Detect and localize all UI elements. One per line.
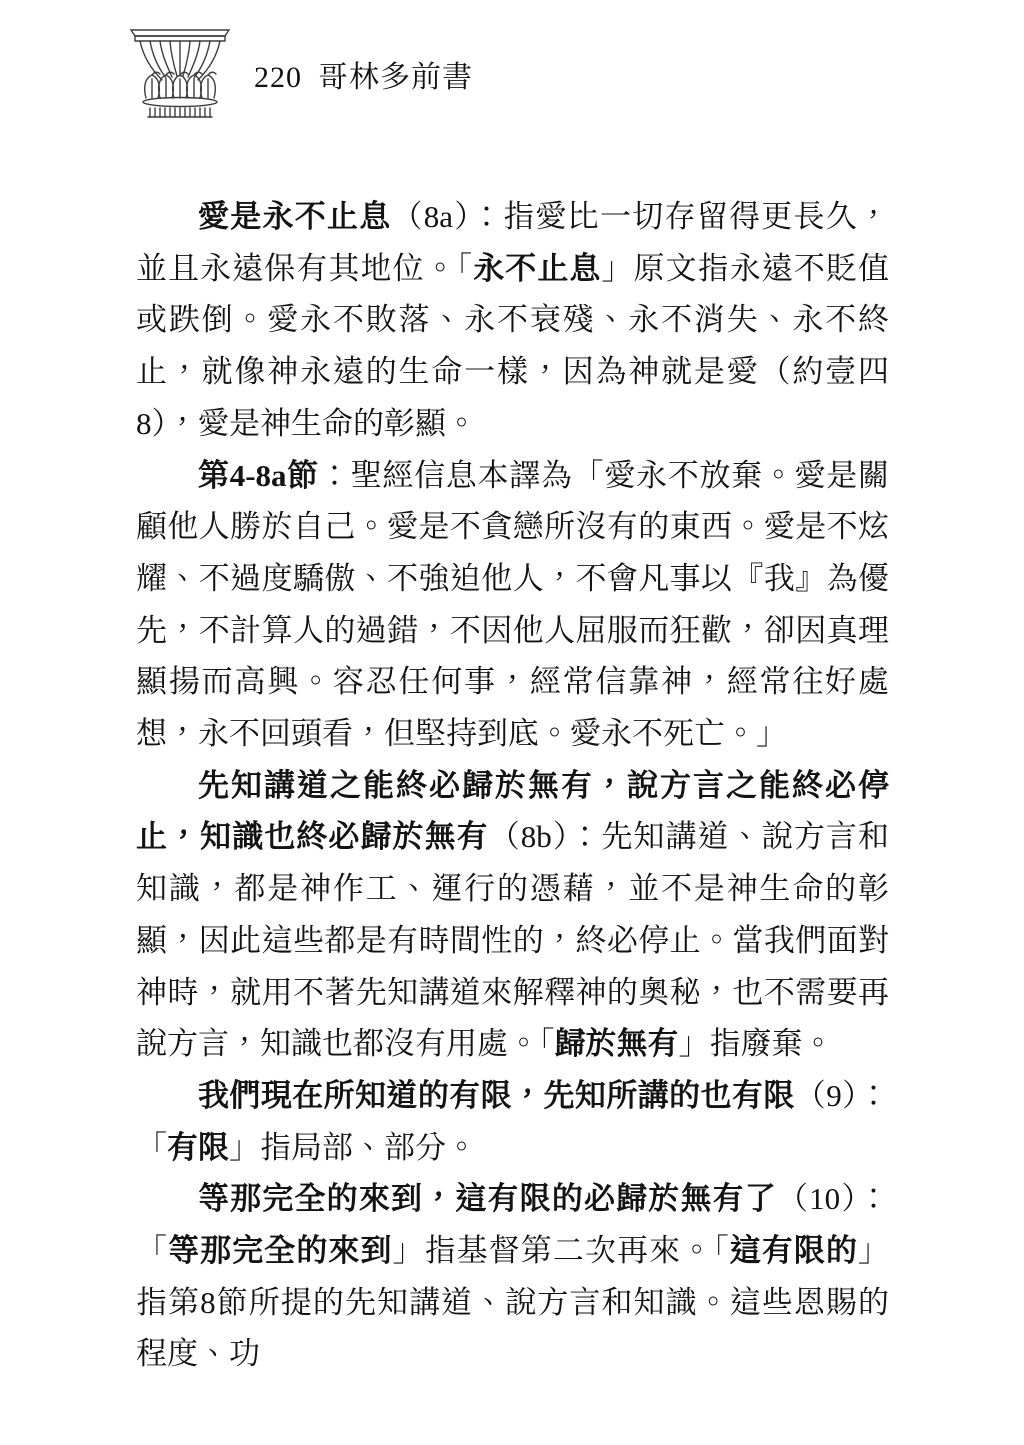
running-head: 220哥林多前書 — [254, 52, 473, 96]
corinthian-column-capital-icon — [128, 26, 232, 122]
bold-text-segment: 我們現在所知道的有限，先知所講的也有限 — [198, 1078, 795, 1113]
paragraph: 我們現在所知道的有限，先知所講的也有限（9）：「有限」指局部、部分。 — [136, 1070, 889, 1173]
text-segment: （8b）：先知講道、說方言和知識，都是神作工、運行的憑藉，並不是神生命的彰顯，因… — [136, 819, 889, 1061]
page-number: 220 — [254, 61, 302, 94]
paragraph: 第4-8a節：聖經信息本譯為「愛永不放棄。愛是關顧他人勝於自己。愛是不貪戀所沒有… — [136, 450, 889, 760]
content: 愛是永不止息（8a）：指愛比一切存留得更長久，並且永遠保有其地位。「永不止息」原… — [136, 191, 889, 1380]
bold-text-segment: 有限 — [167, 1130, 229, 1165]
paragraph: 等那完全的來到，這有限的必歸於無有了（10）：「等那完全的來到」指基督第二次再來… — [136, 1173, 889, 1380]
bold-text-segment: 愛是永不止息 — [198, 199, 392, 234]
bold-text-segment: 歸於無有 — [555, 1026, 679, 1061]
bold-text-segment: 這有限的 — [730, 1233, 858, 1268]
bold-text-segment: 等那完全的來到，這有限的必歸於無有了 — [198, 1181, 777, 1216]
text-segment: ：聖經信息本譯為「愛永不放棄。愛是關顧他人勝於自己。愛是不貪戀所沒有的東西。愛是… — [136, 458, 889, 752]
text-segment: 」指基督第二次再來。「 — [393, 1233, 730, 1268]
text-segment: 」指廢棄。 — [679, 1026, 834, 1061]
page-header: 220哥林多前書 — [128, 26, 473, 122]
bold-text-segment: 第4-8a節 — [198, 458, 319, 493]
bold-text-segment: 等那完全的來到 — [168, 1233, 392, 1268]
book-page: 220哥林多前書 愛是永不止息（8a）：指愛比一切存留得更長久，並且永遠保有其地… — [0, 0, 1024, 1445]
book-title: 哥林多前書 — [318, 61, 473, 94]
paragraph: 先知講道之能終必歸於無有，說方言之能終必停止，知識也終必歸於無有（8b）：先知講… — [136, 760, 889, 1070]
text-segment: 」指局部、部分。 — [229, 1130, 477, 1165]
paragraph: 愛是永不止息（8a）：指愛比一切存留得更長久，並且永遠保有其地位。「永不止息」原… — [136, 191, 889, 450]
bold-text-segment: 永不止息 — [473, 251, 601, 286]
